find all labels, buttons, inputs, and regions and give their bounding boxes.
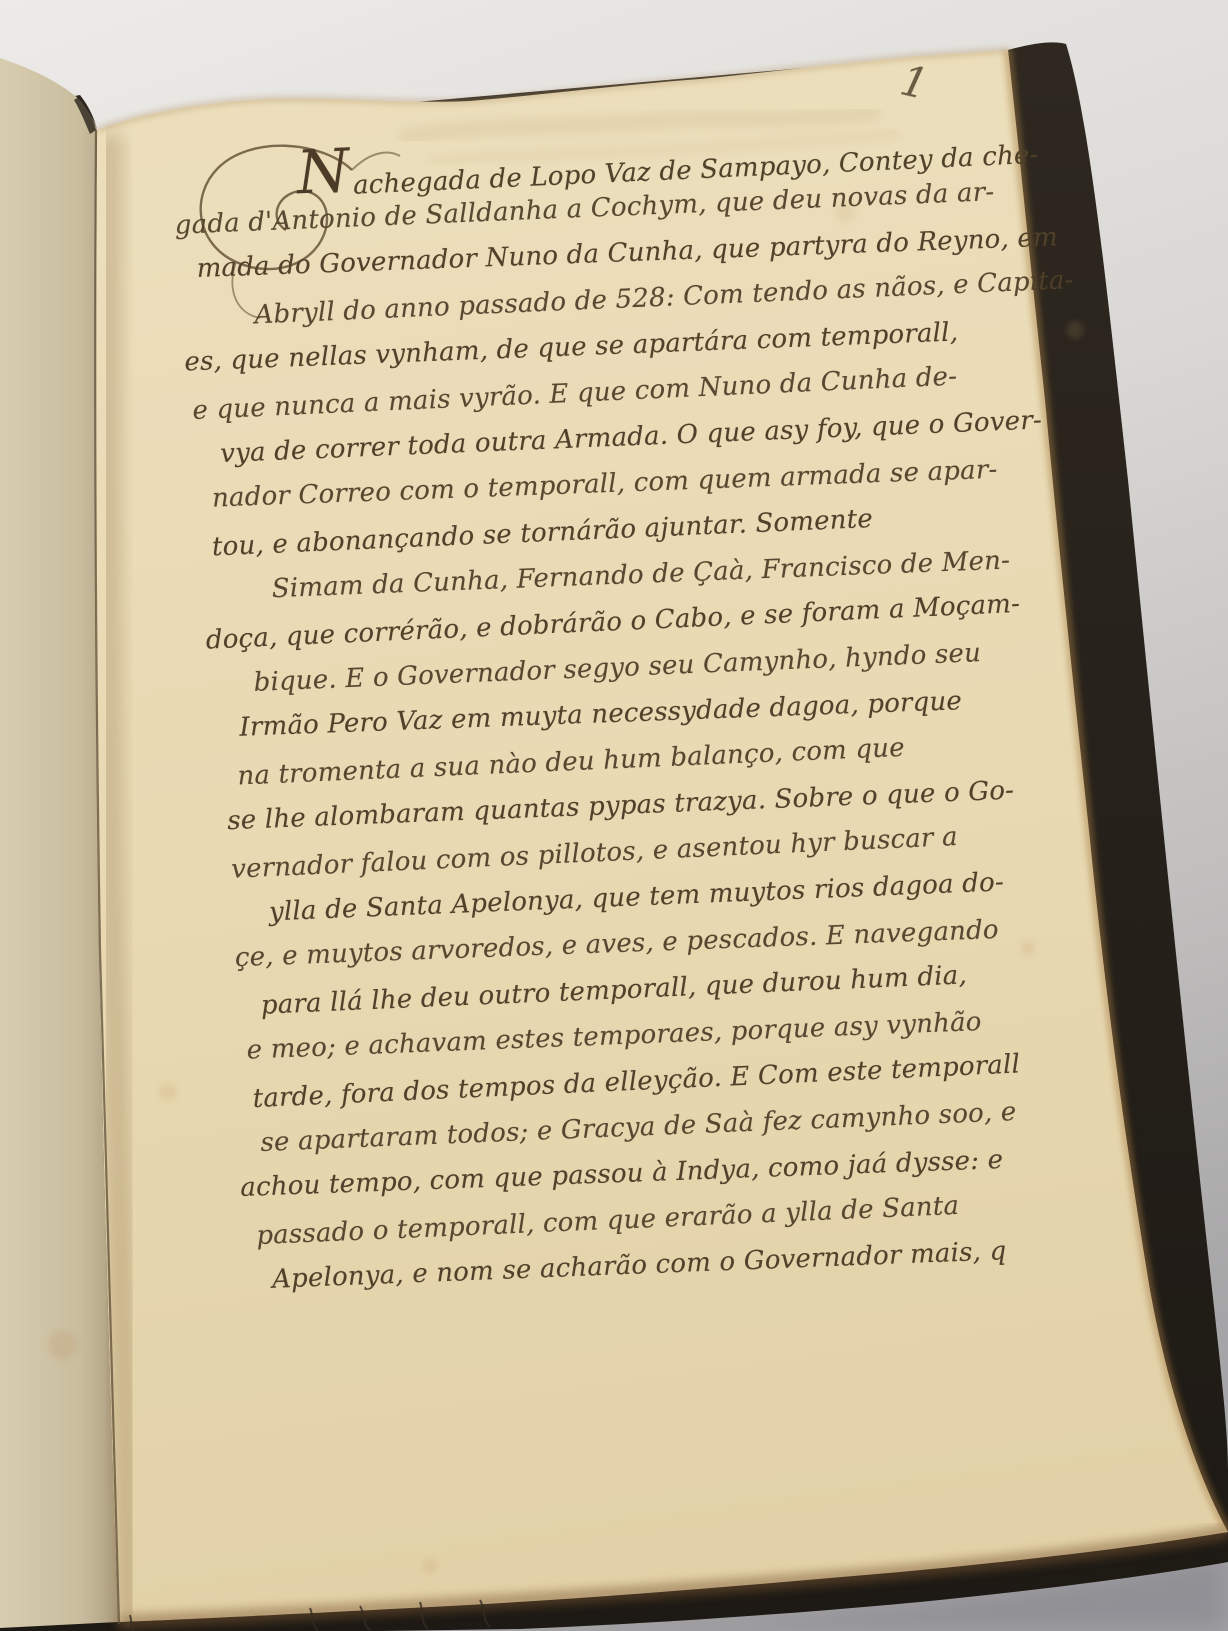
manuscript-text: Nachegada de Lopo Vaz de Sampayo, Contey… — [192, 120, 1118, 1305]
manuscript-photo: Nachegada de Lopo Vaz de Sampayo, Contey… — [0, 0, 1228, 1631]
decorated-initial: N — [296, 148, 351, 196]
